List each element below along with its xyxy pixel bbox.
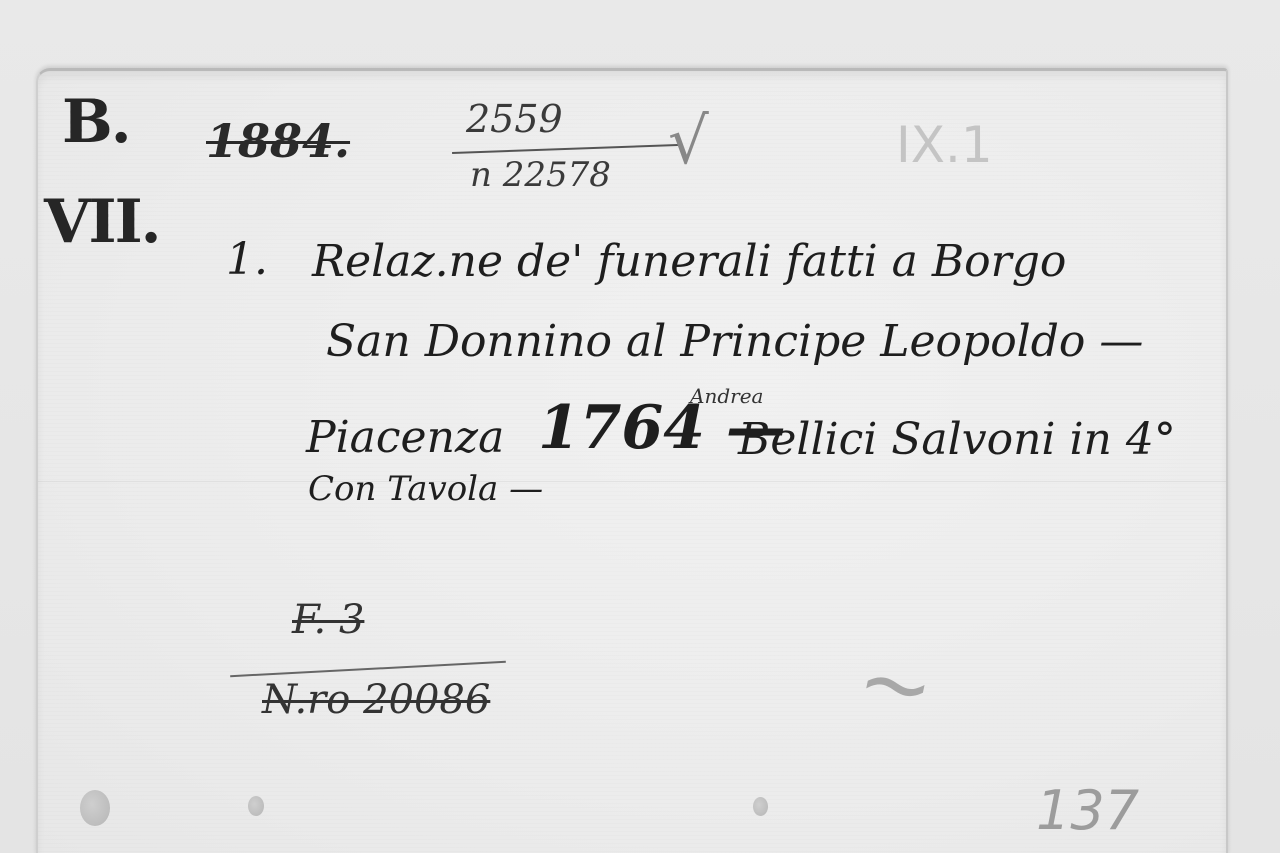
- entry-author-first-name: Andrea: [690, 386, 763, 406]
- entry-author: Bellici Salvoni in 4°: [738, 418, 1176, 462]
- paper-fold: [38, 481, 1226, 482]
- struck-number: 1884.: [206, 118, 350, 164]
- entry-place: Piacenza: [306, 416, 504, 460]
- punch-hole: [753, 797, 768, 816]
- entry-line-2: San Donnino al Principe Leopoldo —: [326, 320, 1143, 364]
- entry-item-number: 1.: [226, 238, 268, 282]
- pencil-annotation-top: IX.1: [896, 120, 993, 170]
- check-mark-icon: √: [668, 110, 709, 174]
- punch-hole: [80, 790, 110, 826]
- shelfmark-roman: VII.: [44, 192, 160, 252]
- struck-note-2: N.ro 20086: [262, 680, 490, 720]
- page-number: 137: [1036, 784, 1139, 838]
- struck-note-1: F. 3: [292, 600, 364, 640]
- accession-top: 2559: [466, 100, 563, 138]
- entry-line-1: Relaz.ne de' funerali fatti a Borgo: [312, 240, 1066, 284]
- document-scan: B. VII. 1884. 2559 n 22578 √ IX.1 1. Rel…: [0, 0, 1280, 853]
- shelfmark-letter: B.: [62, 92, 130, 152]
- entry-line-4: Con Tavola —: [308, 472, 543, 506]
- accession-bottom: n 22578: [470, 158, 611, 192]
- punch-hole: [248, 796, 264, 816]
